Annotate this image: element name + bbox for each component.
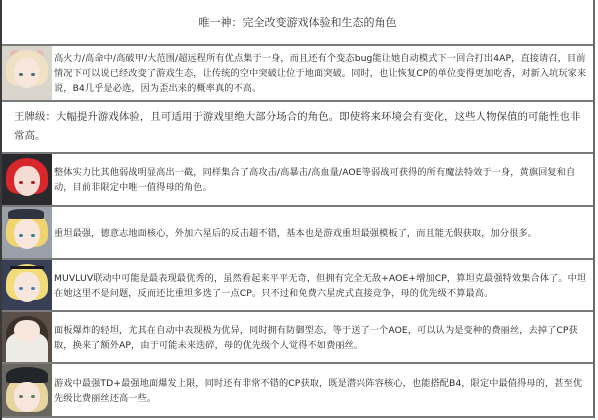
table-row: MUVLUV联动中可能是最表现最优秀的，虽然看起来平平无奇，但拥有完全无敌+AO… xyxy=(2,260,593,312)
row-description: 重坦最强，德意志地面核心，外加六星后的反击超不错，基本也是游戏重坦最强模板了，而… xyxy=(52,207,593,258)
cap-shape xyxy=(6,367,48,383)
blonde-headband-girl-avatar xyxy=(2,260,52,310)
tier-title: 唯一神：完全改变游戏体验和生态的角色 xyxy=(2,0,593,46)
row-description: 王牌级：大幅提升游戏体验，且可适用于游戏里绝大部分场合的角色。即使将来环境会有变… xyxy=(2,102,593,152)
blonde-officer-cap-avatar xyxy=(2,207,52,258)
red-hair-girl-avatar xyxy=(2,154,52,205)
row-description: 高火力/高命中/高破甲/大范围/超远程所有优点集于一身，而且还有个变态bug能让… xyxy=(52,46,593,100)
cap-shape xyxy=(8,209,44,219)
tier-table: 唯一神：完全改变游戏体验和生态的角色 高火力/高命中/高破甲/大范围/超远程所有… xyxy=(2,0,595,418)
row-description: MUVLUV联动中可能是最表现最优秀的，虽然看起来平平无奇，但拥有完全无敌+AO… xyxy=(52,260,593,310)
table-row: 面板爆炸的轻坦，尤其在自动中表现极为优异，同时拥有防御型态，等于送了一个AOE，… xyxy=(2,312,593,364)
table-row: 游戏中最强TD+最强地面爆发上限，同时还有非常不错的CP获取，既是潜兴阵容核心，… xyxy=(2,364,593,418)
tier-list-page: 唯一神：完全改变游戏体验和生态的角色 高火力/高命中/高破甲/大范围/超远程所有… xyxy=(0,0,598,420)
row-description: 整体实力比其他弱战明显高出一截，同样集合了高攻击/高暴击/高血量/AOE等弱战可… xyxy=(52,154,593,205)
table-row: 高火力/高命中/高破甲/大范围/超远程所有优点集于一身，而且还有个变态bug能让… xyxy=(2,46,593,102)
cat-ear-blonde-girl-avatar xyxy=(2,46,52,100)
table-row: 整体实力比其他弱战明显高出一截，同样集合了高攻击/高暴击/高血量/AOE等弱战可… xyxy=(2,154,593,207)
table-row: 王牌级：大幅提升游戏体验，且可适用于游戏里绝大部分场合的角色。即使将来环境会有变… xyxy=(2,102,593,154)
row-description: 面板爆炸的轻坦，尤其在自动中表现极为优异，同时拥有防御型态，等于送了一个AOE，… xyxy=(52,312,593,362)
headband-shape xyxy=(10,266,44,269)
dark-hair-white-coat-avatar xyxy=(2,312,52,362)
row-description: 游戏中最强TD+最强地面爆发上限，同时还有非常不错的CP获取，既是潜兴阵容核心，… xyxy=(52,364,593,416)
table-row: 重坦最强，德意志地面核心，外加六星后的反击超不错，基本也是游戏重坦最强模板了，而… xyxy=(2,207,593,260)
black-cap-blonde-avatar xyxy=(2,364,52,416)
